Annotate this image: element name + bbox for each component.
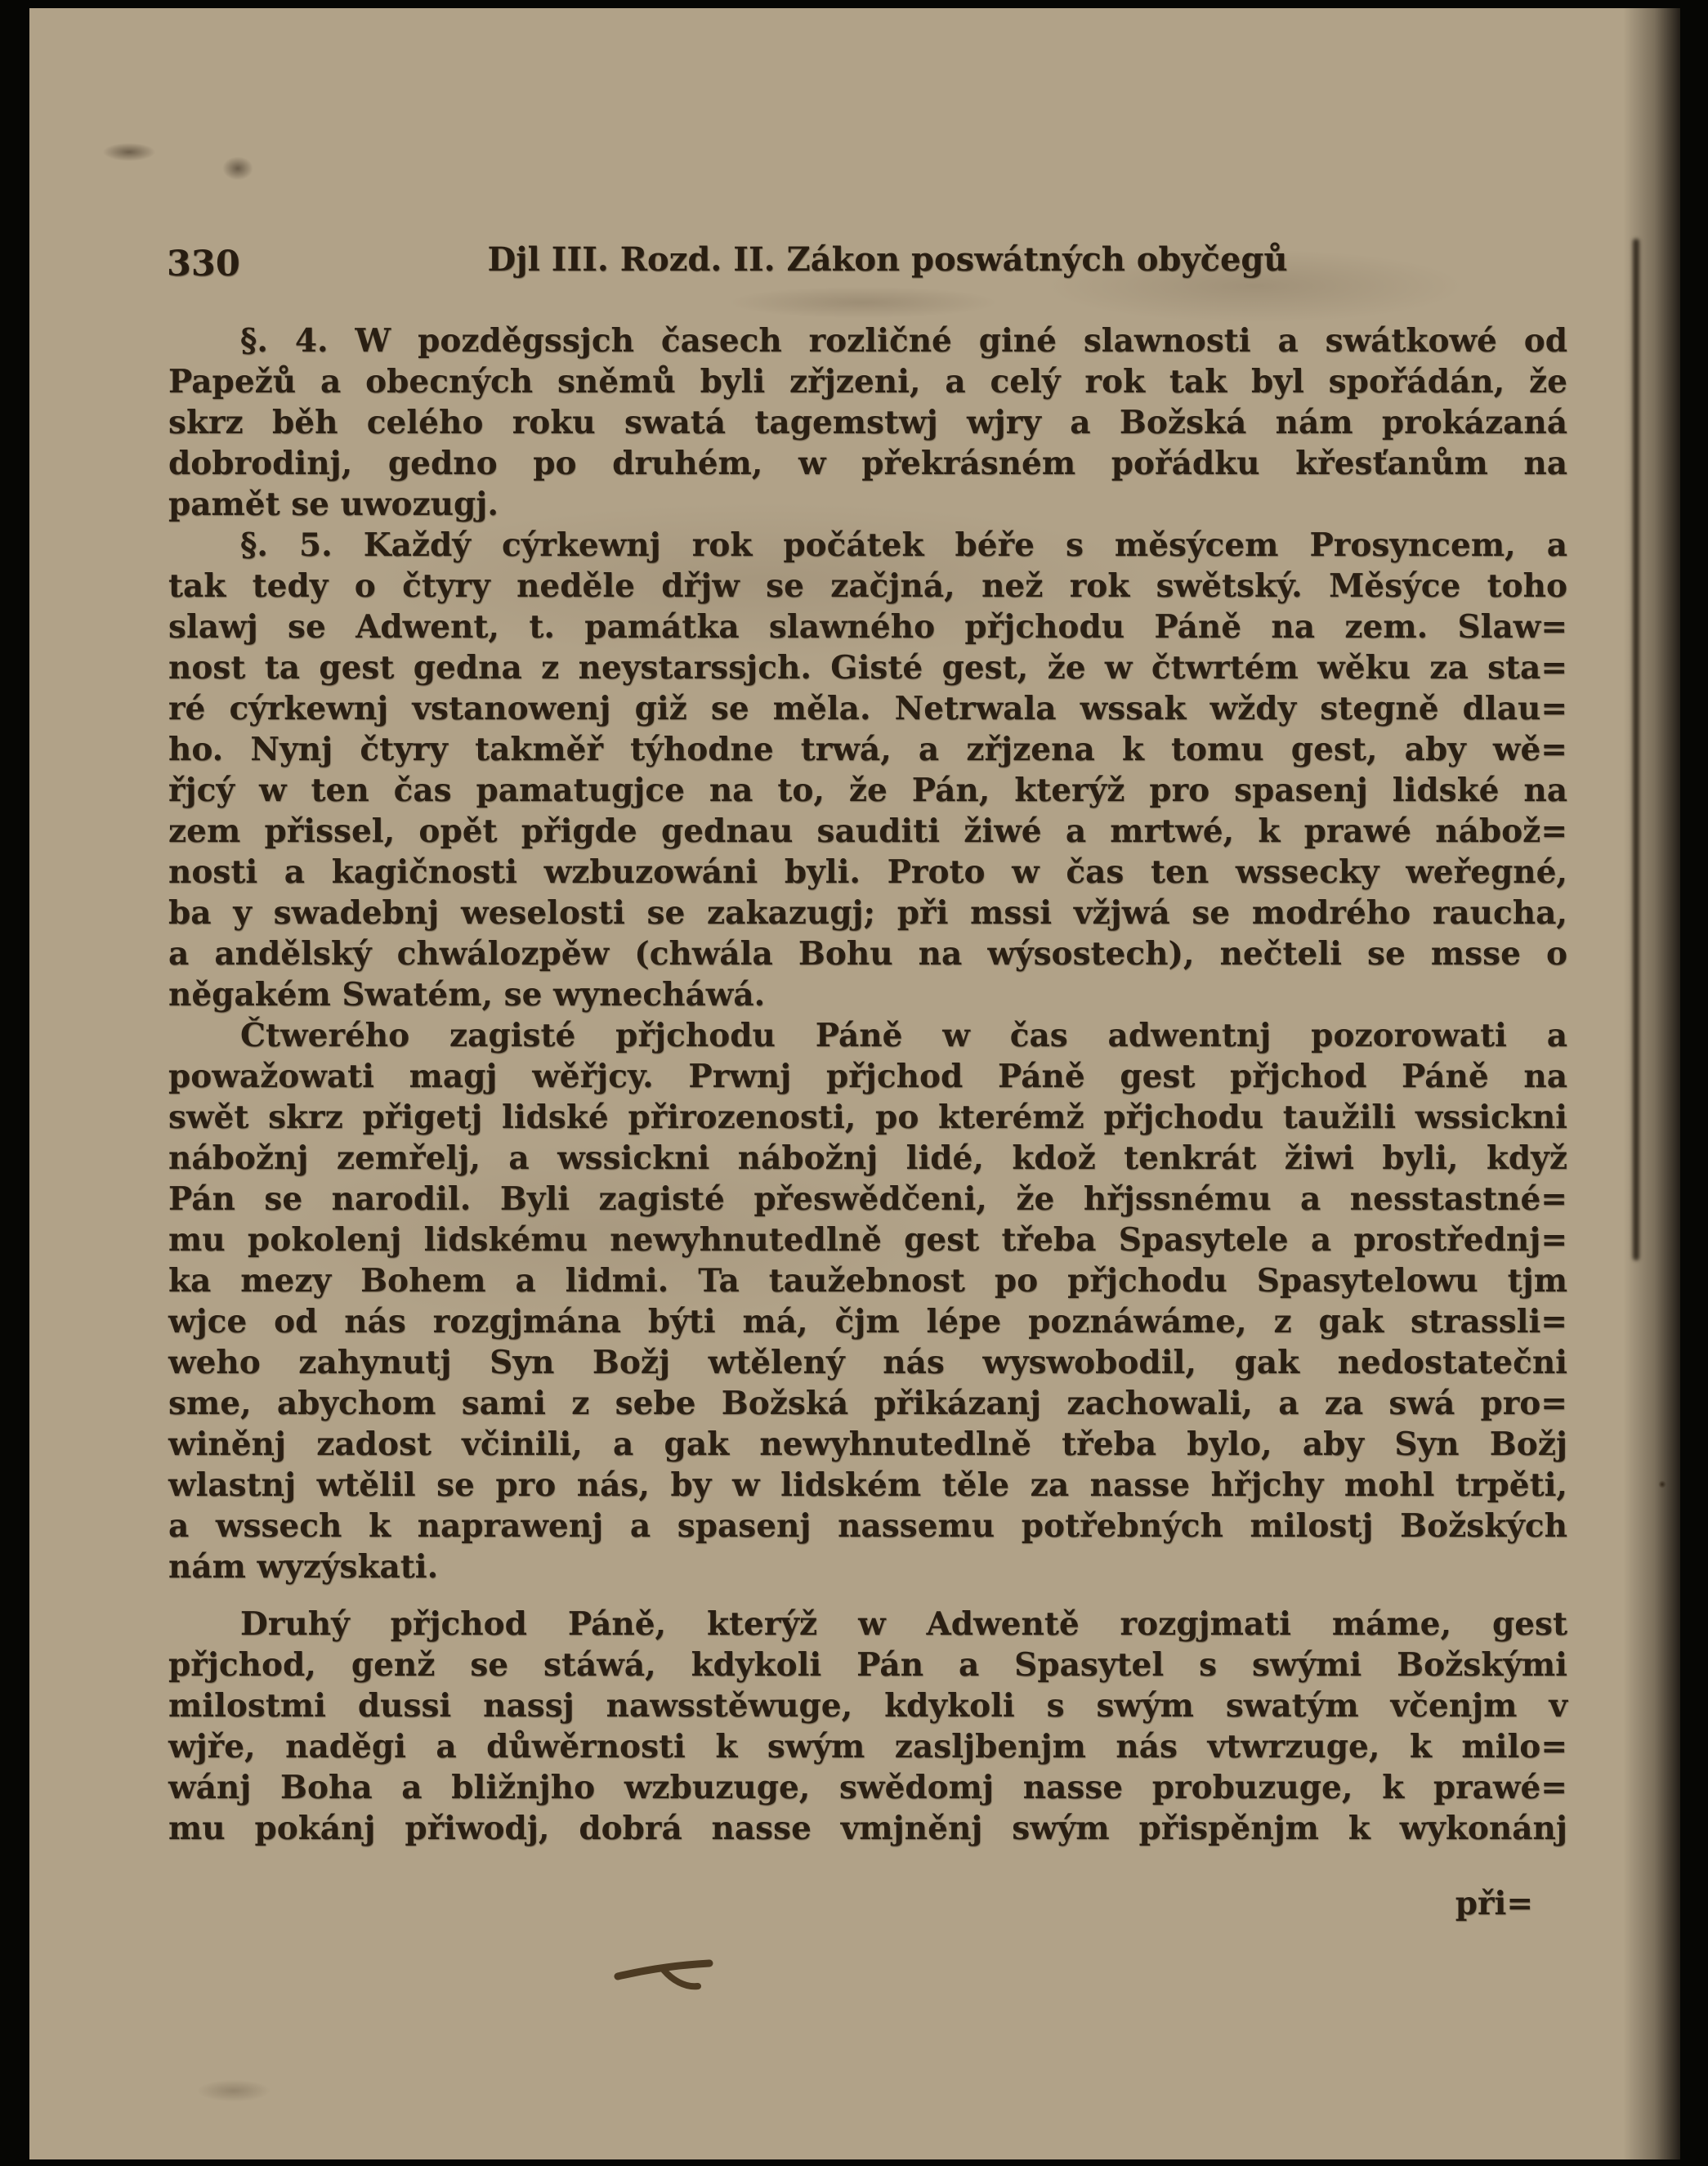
text-line: nost ta gest gedna z neystarssjch. Gisté… — [168, 647, 1567, 688]
text-line: ba y swadebnj weselosti se zakazugj; při… — [168, 893, 1567, 933]
text-line: swět skrz přigetj lidské přirozenosti, p… — [168, 1097, 1567, 1138]
text-line: přjchod, genž se stáwá, kdykoli Pán a Sp… — [168, 1645, 1567, 1685]
text-line: zem přissel, opět přigde gednau sauditi … — [168, 811, 1567, 852]
text-line: ré cýrkewnj vstanowenj giž se měla. Netr… — [168, 688, 1567, 729]
text-line: Pán se narodil. Byli zagisté přeswědčeni… — [168, 1179, 1567, 1219]
text-line: nábožnj zemřelj, a wssickni nábožnj lidé… — [168, 1138, 1567, 1179]
page-number: 330 — [167, 244, 240, 284]
text-line: §. 5. Každý cýrkewnj rok počátek béře s … — [168, 525, 1567, 566]
paragraph: §. 4. W pozděgssjch časech rozličné giné… — [168, 320, 1567, 525]
text-line: sme, abychom sami z sebe Božská přikázan… — [168, 1383, 1567, 1424]
text-line: pamět se uwozugj. — [168, 484, 1567, 525]
text-line: Papežů a obecných sněmů byli zřjzeni, a … — [168, 361, 1567, 402]
text-line: milostmi dussi nassj nawsstěwuge, kdykol… — [168, 1685, 1567, 1726]
text-line: nám wyzýskati. — [168, 1546, 1567, 1587]
text-line: Čtwerého zagisté přjchodu Páně w čas adw… — [168, 1015, 1567, 1056]
text-line: weho zahynutj Syn Božj wtělený nás wyswo… — [168, 1342, 1567, 1383]
text-line: nosti a kagičnosti wzbuzowáni byli. Prot… — [168, 852, 1567, 893]
text-line: skrz běh celého roku swatá tagemstwj wjr… — [168, 402, 1567, 443]
text-line: tak tedy o čtyry neděle dřjw se začjná, … — [168, 566, 1567, 606]
scan-background: { "document": { "page_number": "330", "r… — [0, 0, 1708, 2166]
text-line: winěnj zadost včinili, a gak newyhnutedl… — [168, 1424, 1567, 1465]
text-line: Druhý přjchod Páně, kterýž w Adwentě roz… — [168, 1604, 1567, 1645]
text-line: mu pokánj přiwodj, dobrá nasse vmjněnj s… — [168, 1808, 1567, 1849]
text-line: wlastnj wtělil se pro nás, by w lidském … — [168, 1465, 1567, 1506]
text-line: řjcý w ten čas pamatugjce na to, že Pán,… — [168, 770, 1567, 811]
catchword: při= — [168, 1883, 1567, 1924]
text-line: powažowati magj wěřjcy. Prwnj přjchod Pá… — [168, 1056, 1567, 1097]
page-edge-shade — [1623, 8, 1680, 2159]
handwritten-ink-mark — [613, 1958, 727, 2001]
paragraph: Druhý přjchod Páně, kterýž w Adwentě roz… — [168, 1604, 1567, 1849]
text-block: §. 4. W pozděgssjch časech rozličné giné… — [168, 320, 1567, 1924]
text-line: a andělský chwálozpěw (chwála Bohu na wý… — [168, 933, 1567, 974]
paragraph: Čtwerého zagisté přjchodu Páně w čas adw… — [168, 1015, 1567, 1587]
text-line: a wssech k naprawenj a spasenj nassemu p… — [168, 1506, 1567, 1546]
text-line: ka mezy Bohem a lidmi. Ta taužebnost po … — [168, 1260, 1567, 1301]
text-line: mu pokolenj lidskému newyhnutedlně gest … — [168, 1219, 1567, 1260]
text-line: wjře, naděgi a důwěrnosti k swým zasljbe… — [168, 1726, 1567, 1767]
text-line: dobrodinj, gedno po druhém, w překrásném… — [168, 443, 1567, 484]
text-line: wjce od nás rozgjmána býti má, čjm lépe … — [168, 1301, 1567, 1342]
text-line: wánj Boha a bližnjho wzbuzuge, swědomj n… — [168, 1767, 1567, 1808]
text-line: něgakém Swatém, se wynecháwá. — [168, 974, 1567, 1015]
text-line: slawj se Adwent, t. památka slawného přj… — [168, 606, 1567, 647]
paragraph: §. 5. Každý cýrkewnj rok počátek béře s … — [168, 525, 1567, 1015]
running-title: Djl III. Rozd. II. Zákon poswátných obyč… — [414, 240, 1361, 279]
text-line: §. 4. W pozděgssjch časech rozličné giné… — [168, 320, 1567, 361]
book-page: 330 Djl III. Rozd. II. Zákon poswátných … — [29, 8, 1680, 2159]
text-line: ho. Nynj čtyry takměř týhodne trwá, a zř… — [168, 729, 1567, 770]
